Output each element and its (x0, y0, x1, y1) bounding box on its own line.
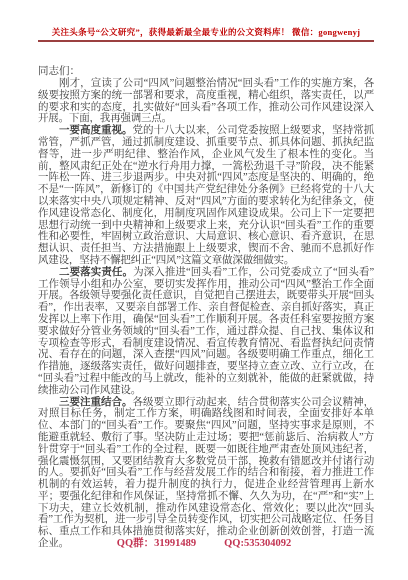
paragraph-point-1: 一要高度重视。党的十八大以来，公司党委按照上级要求，坚持常抓常管，严抓严管，通过… (38, 125, 374, 267)
paragraph-point-2-lead: 二要落实责任。 (59, 267, 133, 278)
qq-number: QQ:535304092 (224, 538, 291, 549)
paragraph-intro: 刚才，宣读了公司“四风”问题整治情况“回头看”工作的实施方案，各级要按照方案的统… (38, 78, 374, 125)
paragraph-point-3-text: 各级要立即行动起来，结合贯彻落实公司会议精神，对照目标任务，制定工作方案，明确路… (38, 397, 374, 550)
promo-header-banner: 关注头条号“公文研究”，获得最新最全最专业的公文资料库！ 微信：gongweny… (38, 27, 374, 42)
paragraph-intro-text: 刚才，宣读了公司“四风”问题整治情况“回头看”工作的实施方案，各级要按照方案的统… (38, 78, 374, 124)
contact-footer: QQ群：31991489QQ:535304092 (0, 535, 408, 550)
paragraph-point-2: 二要落实责任。为深入推进“回头看”工作，公司党委成立了“回头看”工作领导小组和办… (38, 267, 374, 397)
qq-group-number: QQ群：31991489 (117, 538, 196, 549)
paragraph-point-2-text: 为深入推进“回头看”工作，公司党委成立了“回头看”工作领导小组和办公室，要切实发… (38, 267, 374, 396)
paragraph-point-3-lead: 三要注重结合。 (59, 397, 133, 408)
paragraph-point-3: 三要注重结合。各级要立即行动起来，结合贯彻落实公司会议精神，对照目标任务，制定工… (38, 397, 374, 550)
salutation: 同志们： (38, 66, 374, 78)
paragraph-point-1-text: 党的十八大以来，公司党委按照上级要求，坚持常抓常管，严抓严管，通过抓制度建设、抓… (38, 125, 374, 266)
document-page: 关注头条号“公文研究”，获得最新最全最专业的公文资料库！ 微信：gongweny… (0, 0, 408, 580)
document-body: 刚才，宣读了公司“四风”问题整治情况“回头看”工作的实施方案，各级要按照方案的统… (38, 78, 374, 550)
paragraph-point-1-lead: 一要高度重视。 (59, 125, 133, 136)
